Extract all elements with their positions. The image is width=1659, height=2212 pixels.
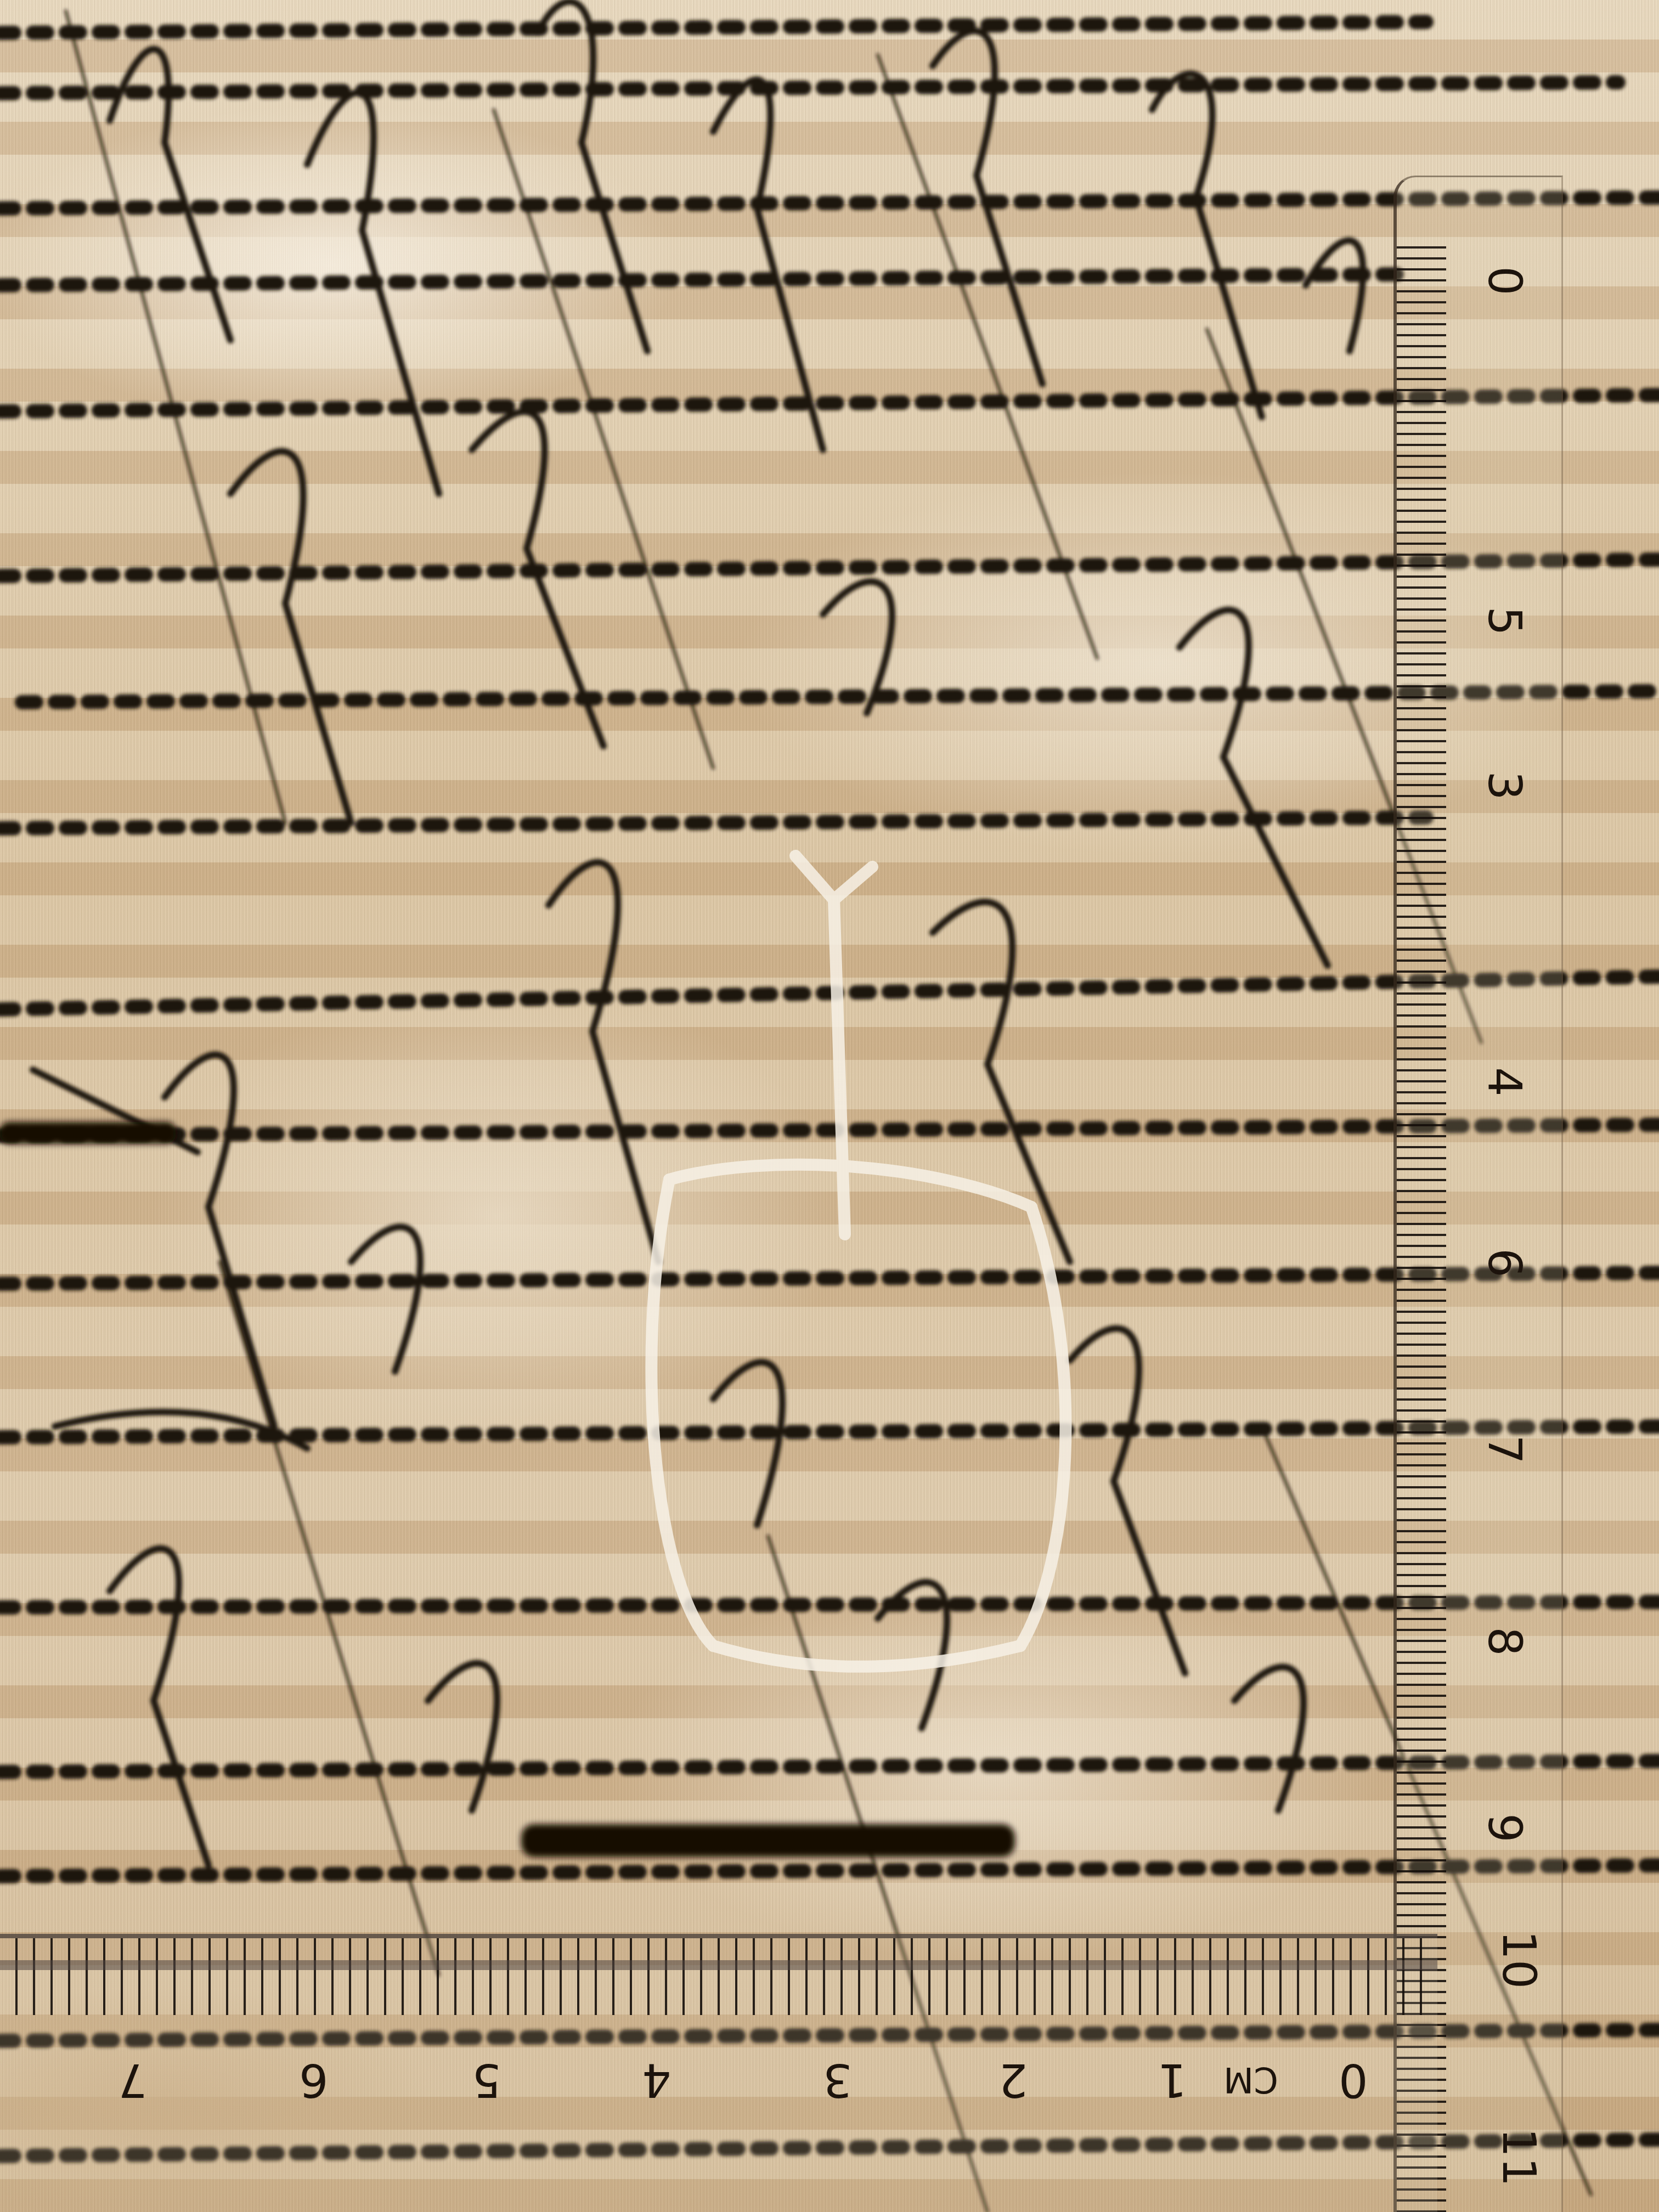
ruler-label: 9 — [1478, 1813, 1532, 1842]
manuscript-photo: 0 5 3 4 6 7 8 9 10 11 0 CM 1 2 3 4 5 6 7… — [0, 0, 1659, 2212]
ruler-label: 6 — [1478, 1248, 1532, 1277]
ruler-label: 3 — [1478, 771, 1532, 800]
ruler-label: 10 — [1492, 1931, 1546, 1989]
horizontal-ruler-edge — [0, 1960, 1437, 1970]
ruler-label: 7 — [1478, 1435, 1532, 1464]
ruler-label: 4 — [1478, 1067, 1532, 1096]
ruler-label: 2 — [998, 2053, 1028, 2107]
vertical-ruler: 0 5 3 4 6 7 8 9 10 11 — [1393, 176, 1563, 2212]
ruler-label: 3 — [823, 2053, 852, 2107]
ruler-label: 5 — [472, 2053, 501, 2107]
horizontal-ruler-ticks — [0, 1938, 1437, 2015]
ruler-label: 4 — [642, 2053, 671, 2107]
ruler-unit-label: CM — [1223, 2059, 1278, 2100]
ruler-label: 0 — [1478, 266, 1532, 295]
ruler-label: 1 — [1158, 2053, 1187, 2107]
ruler-label: 8 — [1478, 1627, 1532, 1656]
ruler-label: 11 — [1492, 2128, 1546, 2187]
ruler-label: 0 — [1339, 2053, 1368, 2107]
ruler-label: 7 — [118, 2053, 147, 2107]
ruler-label: 6 — [299, 2053, 328, 2107]
horizontal-ruler: 0 CM 1 2 3 4 5 6 7 — [0, 1934, 1437, 2212]
ruler-label: 5 — [1478, 606, 1532, 635]
vertical-ruler-ticks — [1397, 238, 1561, 2212]
